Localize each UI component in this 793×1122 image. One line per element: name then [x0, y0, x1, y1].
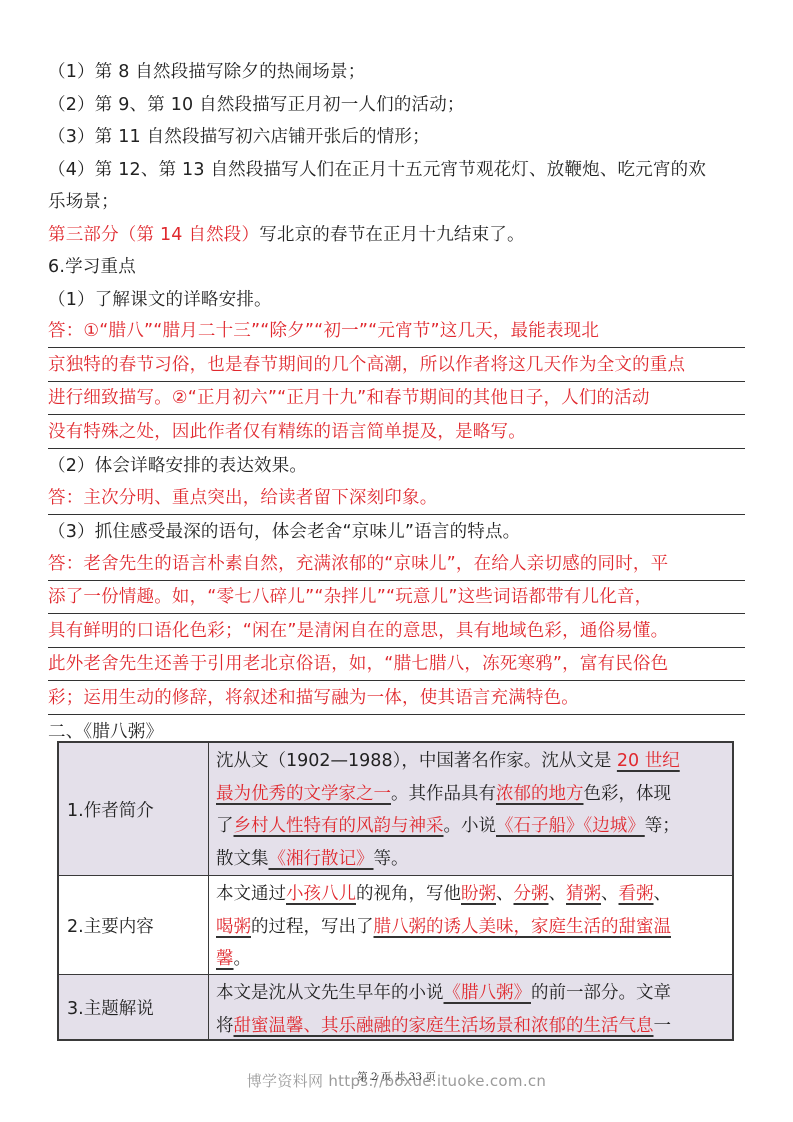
key-phrase: 小孩八儿 — [286, 884, 356, 904]
document-page: （1）第 8 自然段描写除夕的热闹场景； （2）第 9、第 10 自然段描写正月… — [0, 0, 793, 1122]
cell-text: 、 — [654, 884, 672, 904]
table-label: 1.作者简介 — [59, 743, 209, 875]
key-phrase: 浓郁的地方 — [496, 784, 584, 804]
cell-text: 本文是沈从文先生早年的小说 — [216, 983, 444, 1003]
table-label: 3.主题解说 — [59, 975, 209, 1039]
answer-line: 京独特的春节习俗，也是春节期间的几个高潮，所以作者将这几天作为全文的重点 — [48, 350, 745, 382]
cell-line: 了乡村人性特有的风韵与神采。小说《石子船》《边城》等； — [216, 810, 726, 843]
cell-line: 最为优秀的文学家之一。其作品具有浓郁的地方色彩，体现 — [216, 778, 726, 811]
cell-text: 。 — [234, 949, 252, 969]
cell-text: 的视角，写他 — [356, 884, 461, 904]
key-phrase: 20 世纪 — [617, 751, 680, 771]
cell-line: 将甜蜜温馨、其乐融融的家庭生活场景和浓郁的生活气息一 — [216, 1010, 726, 1040]
key-phrase: 《石子船》《边城》 — [496, 816, 645, 836]
paragraph-line: （2）第 9、第 10 自然段描写正月初一人们的活动； — [48, 89, 745, 122]
key-phrase: 猜粥 — [566, 884, 601, 904]
answer-line: 答：主次分明、重点突出，给读者留下深刻印象。 — [48, 483, 745, 515]
cell-text: 。小说 — [444, 816, 497, 836]
cell-line: 本文是沈从文先生早年的小说《腊八粥》的前一部分。文章 — [216, 977, 726, 1010]
cell-text: 沈从文（1902—1988），中国著名作家。沈从文是 — [216, 751, 617, 771]
cell-line: 馨。 — [216, 943, 726, 974]
question-2: （2）体会详略安排的表达效果。 — [48, 450, 745, 483]
answer-line: 答：老舍先生的语言朴素自然，充满浓郁的“京味儿”，在给人亲切感的同时，平 — [48, 549, 745, 581]
paragraph-line: 乐场景； — [48, 186, 745, 219]
cell-text: 散文集 — [216, 849, 269, 869]
cell-text: 了 — [216, 816, 234, 836]
key-phrase: 馨 — [216, 949, 234, 969]
cell-text: 、 — [601, 884, 619, 904]
section-heading: 6.学习重点 — [48, 251, 745, 284]
answer-line: 具有鲜明的口语化色彩；“闲在”是清闲自在的意思，具有地域色彩，通俗易懂。 — [48, 616, 745, 648]
key-phrase: 乡村人性特有的风韵与神采 — [234, 816, 444, 836]
part3-line: 第三部分（第 14 自然段）写北京的春节在正月十九结束了。 — [48, 219, 745, 252]
key-phrase: 喝粥 — [216, 917, 251, 937]
table-row-content: 2.主要内容 本文通过小孩八儿的视角，写他盼粥、分粥、猜粥、看粥、喝粥的过程，写… — [59, 876, 732, 975]
key-phrase: 分粥 — [514, 884, 549, 904]
page-footer: 博学资料网 https://boxue.ituoke.com.cn 第 2 页 … — [0, 1068, 793, 1092]
answer-line: 此外老舍先生还善于引用老北京俗语，如，“腊七腊八，冻死寒鸦”，富有民俗色 — [48, 649, 745, 681]
answer-line: 答：①“腊八”“腊月二十三”“除夕”“初一”“元宵节”这几天，最能表现北 — [48, 316, 745, 348]
cell-text: 的前一部分。文章 — [531, 983, 671, 1003]
part3-text: 写北京的春节在正月十九结束了。 — [259, 225, 525, 245]
table-cell: 本文通过小孩八儿的视角，写他盼粥、分粥、猜粥、看粥、喝粥的过程，写出了腊八粥的诱… — [209, 876, 732, 974]
cell-text: 等； — [645, 816, 680, 836]
answer-line: 彩；运用生动的修辞，将叙述和描写融为一体，使其语言充满特色。 — [48, 683, 745, 715]
cell-line: 散文集《湘行散记》等。 — [216, 843, 726, 876]
answer-line: 进行细致描写。②“正月初六”“正月十九”和春节期间的其他日子，人们的活动 — [48, 383, 745, 415]
part3-heading: 第三部分（第 14 自然段） — [48, 225, 259, 245]
paragraph-line: （3）第 11 自然段描写初六店铺开张后的情形； — [48, 121, 745, 154]
answer-line: 没有特殊之处，因此作者仅有精练的语言简单提及，是略写。 — [48, 417, 745, 449]
cell-text: 、 — [496, 884, 514, 904]
key-phrase: 最为优秀的文学家之一 — [216, 784, 391, 804]
info-table: 1.作者简介 沈从文（1902—1988），中国著名作家。沈从文是 20 世纪最… — [57, 741, 734, 1041]
paragraph-line: （1）第 8 自然段描写除夕的热闹场景； — [48, 56, 745, 89]
table-row-theme: 3.主题解说 本文是沈从文先生早年的小说《腊八粥》的前一部分。文章将甜蜜温馨、其… — [59, 975, 732, 1039]
question-1: （1）了解课文的详略安排。 — [48, 284, 745, 317]
table-label: 2.主要内容 — [59, 876, 209, 974]
key-phrase: 看粥 — [619, 884, 654, 904]
cell-line: 喝粥的过程，写出了腊八粥的诱人美味，家庭生活的甜蜜温 — [216, 911, 726, 944]
cell-text: 等。 — [374, 849, 409, 869]
cell-text: 一 — [654, 1016, 672, 1036]
key-phrase: 《腊八粥》 — [444, 983, 532, 1003]
cell-line: 沈从文（1902—1988），中国著名作家。沈从文是 20 世纪 — [216, 745, 726, 778]
page-number: 第 2 页 共 33 页 — [0, 1069, 793, 1084]
key-phrase: 腊八粥的诱人美味，家庭生活的甜蜜温 — [374, 917, 672, 937]
cell-line: 本文通过小孩八儿的视角，写他盼粥、分粥、猜粥、看粥、 — [216, 878, 726, 911]
table-row-author: 1.作者简介 沈从文（1902—1988），中国著名作家。沈从文是 20 世纪最… — [59, 743, 732, 876]
cell-text: 。其作品具有 — [391, 784, 496, 804]
cell-text: 色彩，体现 — [584, 784, 672, 804]
question-3: （3）抓住感受最深的语句，体会老舍“京味儿”语言的特点。 — [48, 516, 745, 549]
key-phrase: 盼粥 — [461, 884, 496, 904]
key-phrase: 甜蜜温馨、其乐融融的家庭生活场景和浓郁的生活气息 — [234, 1016, 654, 1036]
cell-text: 、 — [549, 884, 567, 904]
key-phrase: 《湘行散记》 — [269, 849, 374, 869]
page-content: （1）第 8 自然段描写除夕的热闹场景； （2）第 9、第 10 自然段描写正月… — [48, 56, 745, 749]
table-cell: 本文是沈从文先生早年的小说《腊八粥》的前一部分。文章将甜蜜温馨、其乐融融的家庭生… — [209, 975, 732, 1039]
answer-line: 添了一份情趣。如，“零七八碎儿”“杂拌儿”“玩意儿”这些词语都带有儿化音， — [48, 582, 745, 614]
cell-text: 本文通过 — [216, 884, 286, 904]
cell-text: 将 — [216, 1016, 234, 1036]
cell-text: 的过程，写出了 — [251, 917, 374, 937]
table-cell: 沈从文（1902—1988），中国著名作家。沈从文是 20 世纪最为优秀的文学家… — [209, 743, 732, 875]
paragraph-line: （4）第 12、第 13 自然段描写人们在正月十五元宵节观花灯、放鞭炮、吃元宵的… — [48, 154, 745, 187]
